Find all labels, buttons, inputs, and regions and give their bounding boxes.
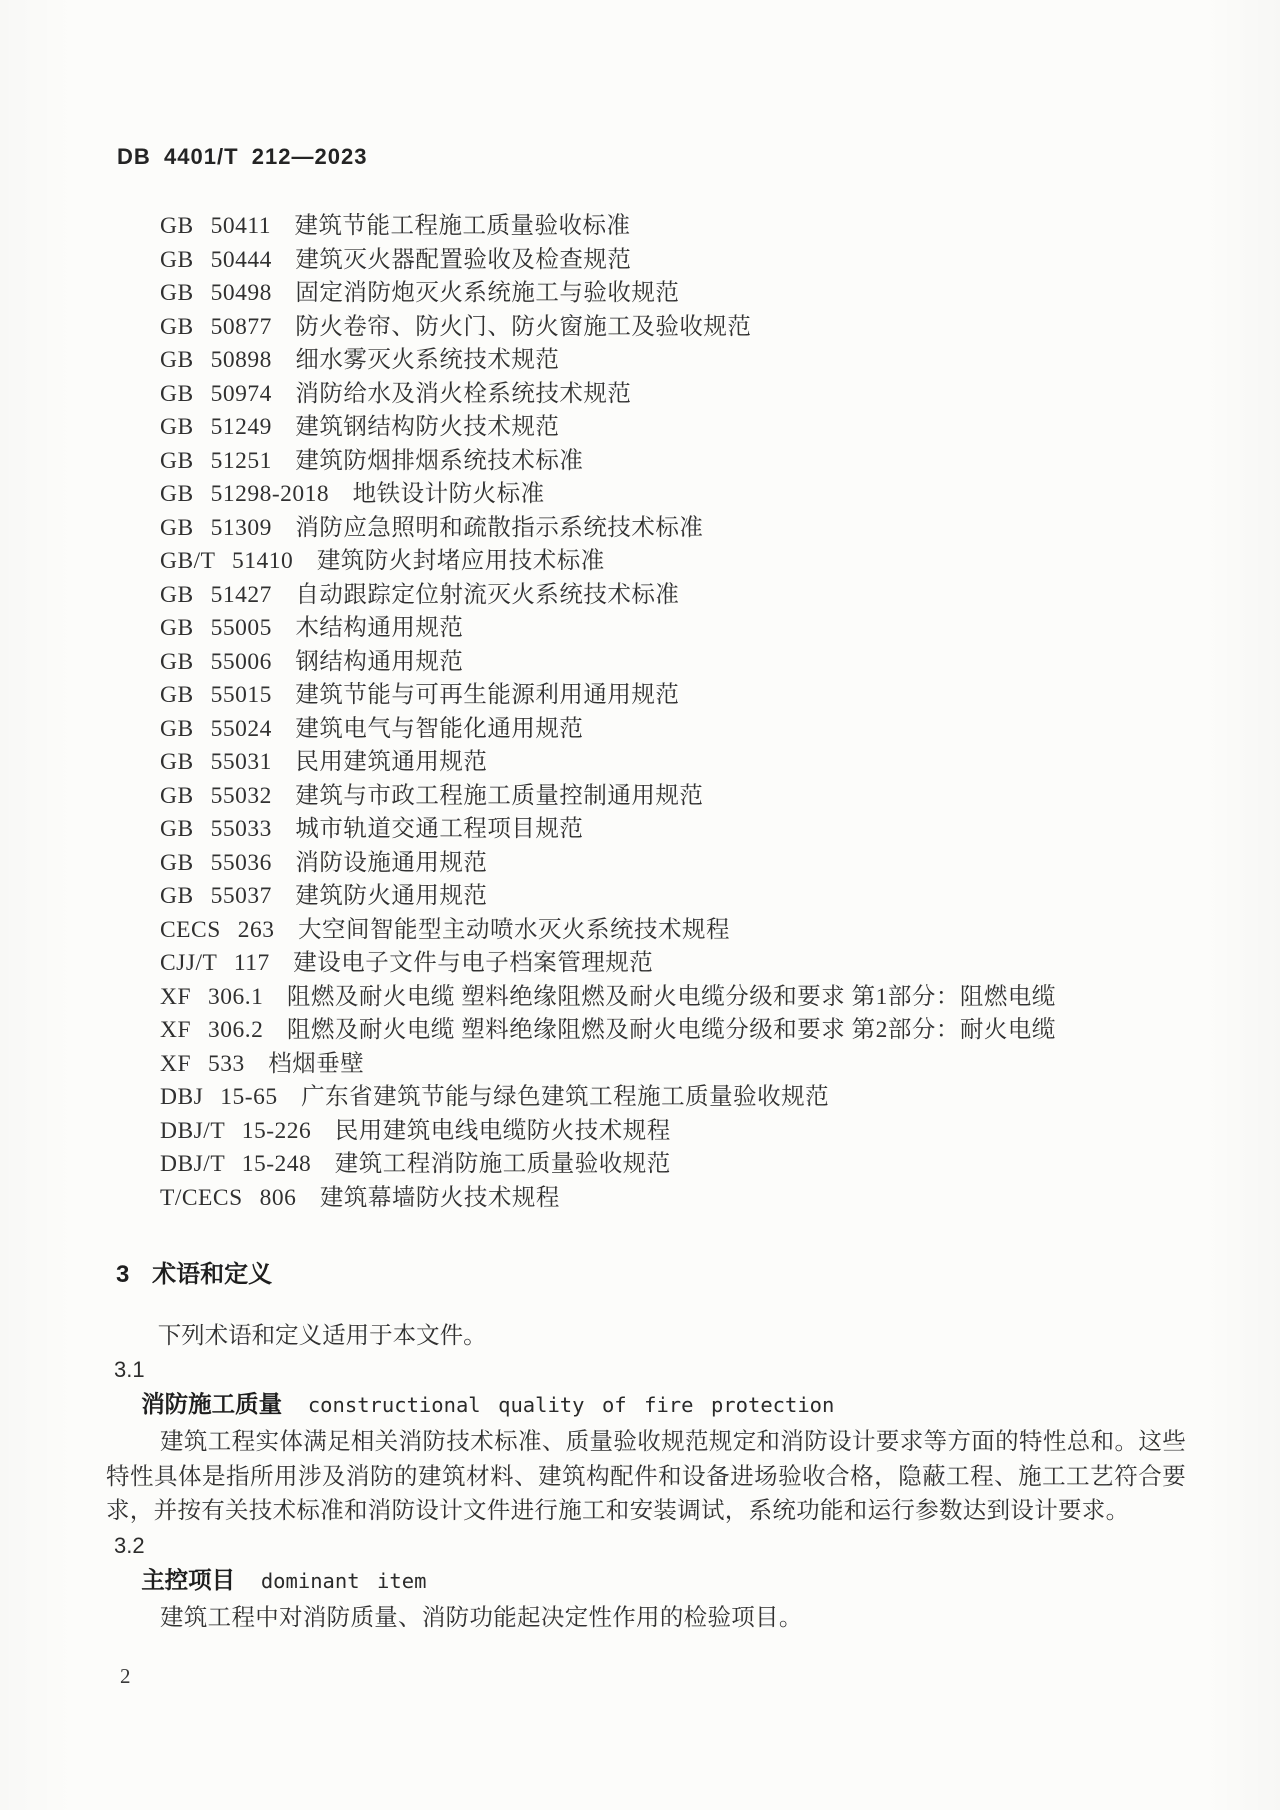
- reference-item: XF 533档烟垂壁: [160, 1048, 1186, 1082]
- reference-title: 固定消防炮灭火系统施工与验收规范: [295, 280, 679, 306]
- reference-title: 建筑节能与可再生能源利用通用规范: [295, 682, 679, 708]
- reference-item: GB 51309消防应急照明和疏散指示系统技术标准: [160, 512, 1186, 546]
- reference-item: GB/T 51410建筑防火封堵应用技术标准: [160, 545, 1186, 579]
- reference-code: XF 533: [160, 1048, 245, 1082]
- reference-code: GB 50877: [160, 311, 272, 345]
- reference-item: DBJ/T 15-226民用建筑电线电缆防火技术规程: [160, 1115, 1186, 1149]
- reference-title: 建筑电气与智能化通用规范: [295, 716, 583, 742]
- reference-code: GB 55033: [160, 813, 272, 847]
- reference-code: GB 50498: [160, 277, 272, 311]
- doc-number-header: DB 4401/T 212—2023: [117, 144, 367, 170]
- reference-title: 阻燃及耐火电缆 塑料绝缘阻燃及耐火电缆分级和要求 第1部分：阻燃电缆: [287, 984, 1056, 1010]
- reference-code: CJJ/T 117: [160, 947, 270, 981]
- reference-code: GB 50444: [160, 244, 272, 278]
- clause-number: 3.2: [114, 1529, 1186, 1563]
- reference-item: GB 51251建筑防烟排烟系统技术标准: [160, 445, 1186, 479]
- reference-code: DBJ/T 15-248: [160, 1148, 311, 1182]
- reference-code: GB 50974: [160, 378, 272, 412]
- term-english: dominant item: [243, 1569, 426, 1593]
- reference-code: GB 55036: [160, 847, 272, 881]
- page-content: GB 50411建筑节能工程施工质量验收标准 GB 50444建筑灭火器配置验收…: [106, 210, 1186, 1635]
- reference-title: 建筑钢结构防火技术规范: [295, 414, 559, 440]
- references-list: GB 50411建筑节能工程施工质量验收标准 GB 50444建筑灭火器配置验收…: [160, 210, 1186, 1215]
- terms-list: 3.1 消防施工质量 constructional quality of fir…: [106, 1353, 1186, 1635]
- reference-title: 建筑节能工程施工质量验收标准: [294, 213, 630, 239]
- reference-title: 民用建筑通用规范: [295, 749, 487, 775]
- reference-code: DBJ 15-65: [160, 1081, 278, 1115]
- term-chinese: 主控项目: [141, 1567, 235, 1593]
- reference-item: CECS 263大空间智能型主动喷水灭火系统技术规程: [160, 914, 1186, 948]
- clause-number: 3.1: [114, 1353, 1186, 1387]
- reference-title: 广东省建筑节能与绿色建筑工程施工质量验收规范: [301, 1084, 829, 1110]
- reference-item: GB 55037建筑防火通用规范: [160, 880, 1186, 914]
- reference-item: GB 51298-2018地铁设计防火标准: [160, 478, 1186, 512]
- reference-code: GB 50411: [160, 210, 271, 244]
- reference-code: GB 51251: [160, 445, 272, 479]
- reference-title: 建筑防火封堵应用技术标准: [317, 548, 605, 574]
- reference-title: 档烟垂壁: [268, 1051, 364, 1077]
- reference-title: 消防给水及消火栓系统技术规范: [295, 381, 631, 407]
- reference-code: GB 51309: [160, 512, 272, 546]
- reference-title: 阻燃及耐火电缆 塑料绝缘阻燃及耐火电缆分级和要求 第2部分：耐火电缆: [287, 1017, 1056, 1043]
- reference-item: GB 55005木结构通用规范: [160, 612, 1186, 646]
- term-line: 主控项目 dominant item: [106, 1563, 1186, 1601]
- reference-item: GB 51427自动跟踪定位射流灭火系统技术标准: [160, 579, 1186, 613]
- reference-item: GB 55024建筑电气与智能化通用规范: [160, 713, 1186, 747]
- reference-item: DBJ/T 15-248建筑工程消防施工质量验收规范: [160, 1148, 1186, 1182]
- reference-title: 细水雾灭火系统技术规范: [295, 347, 559, 373]
- reference-code: DBJ/T 15-226: [160, 1115, 311, 1149]
- page-number: 2: [120, 1664, 131, 1689]
- term-line: 消防施工质量 constructional quality of fire pr…: [106, 1387, 1186, 1425]
- reference-code: XF 306.1: [160, 981, 263, 1015]
- reference-item: XF 306.1阻燃及耐火电缆 塑料绝缘阻燃及耐火电缆分级和要求 第1部分：阻燃…: [160, 981, 1186, 1015]
- reference-item: GB 55033城市轨道交通工程项目规范: [160, 813, 1186, 847]
- reference-item: GB 50877防火卷帘、防火门、防火窗施工及验收规范: [160, 311, 1186, 345]
- reference-item: GB 55015建筑节能与可再生能源利用通用规范: [160, 679, 1186, 713]
- reference-title: 建设电子文件与电子档案管理规范: [293, 950, 653, 976]
- reference-code: GB 55032: [160, 780, 272, 814]
- reference-item: XF 306.2阻燃及耐火电缆 塑料绝缘阻燃及耐火电缆分级和要求 第2部分：耐火…: [160, 1014, 1186, 1048]
- section-intro: 下列术语和定义适用于本文件。: [106, 1319, 1186, 1353]
- reference-code: GB 51298-2018: [160, 478, 329, 512]
- reference-item: GB 51249建筑钢结构防火技术规范: [160, 411, 1186, 445]
- reference-title: 自动跟踪定位射流灭火系统技术标准: [295, 582, 679, 608]
- reference-title: 民用建筑电线电缆防火技术规程: [335, 1118, 671, 1144]
- term-definition: 建筑工程中对消防质量、消防功能起决定性作用的检验项目。: [106, 1601, 1186, 1636]
- reference-title: 建筑防烟排烟系统技术标准: [295, 448, 583, 474]
- reference-title: 建筑工程消防施工质量验收规范: [335, 1151, 671, 1177]
- reference-code: T/CECS 806: [160, 1182, 296, 1216]
- reference-title: 消防应急照明和疏散指示系统技术标准: [295, 515, 703, 541]
- reference-code: GB 50898: [160, 344, 272, 378]
- reference-code: GB 55031: [160, 746, 272, 780]
- reference-title: 建筑防火通用规范: [295, 883, 487, 909]
- reference-code: GB 51427: [160, 579, 272, 613]
- reference-title: 建筑幕墙防火技术规程: [320, 1185, 560, 1211]
- reference-item: GB 50974消防给水及消火栓系统技术规范: [160, 378, 1186, 412]
- section-title: 术语和定义: [152, 1261, 272, 1288]
- section-heading: 3术语和定义: [116, 1259, 1186, 1291]
- reference-title: 地铁设计防火标准: [353, 481, 545, 507]
- reference-item: GB 50444建筑灭火器配置验收及检查规范: [160, 244, 1186, 278]
- reference-item: GB 50498固定消防炮灭火系统施工与验收规范: [160, 277, 1186, 311]
- term-block: 3.1 消防施工质量 constructional quality of fir…: [106, 1353, 1186, 1529]
- reference-code: GB/T 51410: [160, 545, 293, 579]
- reference-title: 大空间智能型主动喷水灭火系统技术规程: [298, 917, 730, 943]
- term-definition: 建筑工程实体满足相关消防技术标准、质量验收规范规定和消防设计要求等方面的特性总和…: [106, 1425, 1186, 1529]
- term-chinese: 消防施工质量: [141, 1391, 282, 1417]
- reference-code: XF 306.2: [160, 1014, 263, 1048]
- reference-title: 木结构通用规范: [295, 615, 463, 641]
- reference-item: T/CECS 806建筑幕墙防火技术规程: [160, 1182, 1186, 1216]
- reference-code: GB 55006: [160, 646, 272, 680]
- reference-title: 防火卷帘、防火门、防火窗施工及验收规范: [295, 314, 751, 340]
- reference-item: GB 55006钢结构通用规范: [160, 646, 1186, 680]
- reference-item: GB 55036消防设施通用规范: [160, 847, 1186, 881]
- reference-title: 城市轨道交通工程项目规范: [295, 816, 583, 842]
- section-number: 3: [116, 1261, 129, 1288]
- reference-item: DBJ 15-65广东省建筑节能与绿色建筑工程施工质量验收规范: [160, 1081, 1186, 1115]
- reference-code: GB 55037: [160, 880, 272, 914]
- reference-item: GB 55032建筑与市政工程施工质量控制通用规范: [160, 780, 1186, 814]
- reference-code: GB 51249: [160, 411, 272, 445]
- document-page: DB 4401/T 212—2023 GB 50411建筑节能工程施工质量验收标…: [0, 0, 1280, 1810]
- term-english: constructional quality of fire protectio…: [290, 1393, 834, 1417]
- reference-item: GB 50898细水雾灭火系统技术规范: [160, 344, 1186, 378]
- reference-code: GB 55024: [160, 713, 272, 747]
- reference-code: CECS 263: [160, 914, 274, 948]
- reference-title: 消防设施通用规范: [295, 850, 487, 876]
- reference-code: GB 55015: [160, 679, 272, 713]
- reference-code: GB 55005: [160, 612, 272, 646]
- reference-item: GB 55031民用建筑通用规范: [160, 746, 1186, 780]
- reference-title: 建筑与市政工程施工质量控制通用规范: [295, 783, 703, 809]
- reference-title: 建筑灭火器配置验收及检查规范: [295, 247, 631, 273]
- reference-item: CJJ/T 117建设电子文件与电子档案管理规范: [160, 947, 1186, 981]
- reference-item: GB 50411建筑节能工程施工质量验收标准: [160, 210, 1186, 244]
- term-block: 3.2 主控项目 dominant item 建筑工程中对消防质量、消防功能起决…: [106, 1529, 1186, 1636]
- reference-title: 钢结构通用规范: [295, 649, 463, 675]
